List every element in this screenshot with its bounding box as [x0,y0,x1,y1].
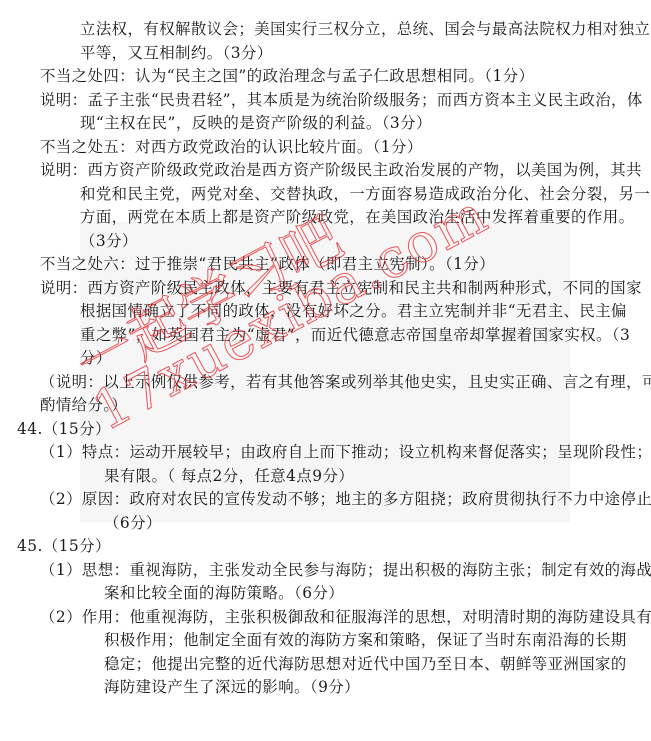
text-line: 案和比较全面的海防策略。（6分） [0,582,651,606]
sub-answer-line: （1）思想：重视海防，主张发动全民参与海防；提出积极的海防主张；制定有效的海战方 [0,559,651,583]
sub-answer-line: （1）特点：运动开展较早；由政府自上而下推动；设立机构来督促落实；呈现阶段性；效 [0,441,651,465]
text-line: 立法权，有权解散议会；美国实行三权分立，总统、国会与最高法院权力相对独立 [0,18,651,42]
sub-answer-line: （2）原因：政府对农民的宣传发动不够；地主的多方阻挠；政府贯彻执行不力中途停止。 [0,488,651,512]
text-line: 稳定；他提出完整的近代海防思想对近代中国乃至日本、朝鲜等亚洲国家的 [0,653,651,677]
question-heading-44: 44.（15分） [0,418,651,442]
text-line: 果有限。（ 每点2分，任意4点9分） [0,465,651,489]
text-line: （6分） [0,512,651,536]
text-line: 现“主权在民”，反映的是资产阶级的利益。（3分） [0,112,651,136]
explanation-line: 说明：孟子主张“民贵君轻”，其本质是为统治阶级服务；而西方资本主义民主政治，体 [0,89,651,113]
sub-answer-line: （2）作用：他重视海防，主张积极御敌和征服海洋的思想，对明清时期的海防建设具有 [0,606,651,630]
explanation-line: 说明：西方资产阶级政党政治是西方资产阶级民主政治发展的产物，以美国为例，其共 [0,159,651,183]
text-line: 海防建设产生了深远的影响。（9分） [0,676,651,700]
text-line: 积极作用；他制定全面有效的海防方案和策略，保证了当时东南沿海的长期 [0,629,651,653]
point-heading: 不当之处四：认为“民主之国”的政治理念与孟子仁政思想相同。（1分） [0,65,651,89]
question-heading-45: 45.（15分） [0,535,651,559]
text-line: 和党和民主党，两党对垒、交替执政，一方面容易造成政治分化、社会分裂，另一 [0,183,651,207]
point-heading: 不当之处五：对西方政党政治的认识比较片面。（1分） [0,136,651,160]
text-line: 平等，又互相制约。（3分） [0,42,651,66]
